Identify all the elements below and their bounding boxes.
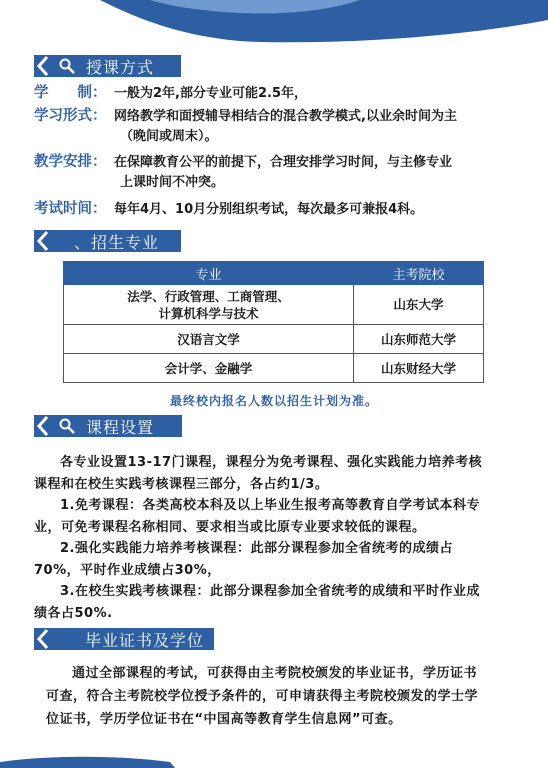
major-cell: 法学、行政管理、工商管理、 计算机科学与技术 [64, 285, 354, 325]
section-header-certificate: 毕业证书及学位 [34, 628, 214, 650]
paragraph: 2.强化实践能力培养考核课程：此部分课程参加全省统考的成绩占70%，平时作业成绩… [34, 538, 490, 581]
magnifier-icon [56, 58, 78, 74]
section-header-courses: 课程设置 [34, 415, 182, 437]
courses-text: 各专业设置13-17门课程，课程分为免考课程、强化实践能力培养考核课程和在校生实… [34, 452, 490, 624]
bottom-wave-decoration [0, 748, 548, 768]
paragraph: 各专业设置13-17门课程，课程分为免考课程、强化实践能力培养考核课程和在校生实… [34, 452, 490, 495]
info-label: 学 制： [34, 83, 114, 103]
enrollment-note: 最终校内报名人数以招生计划为准。 [0, 392, 548, 409]
table-row: 会计学、金融学 山东财经大学 [64, 354, 484, 383]
info-label: 学习形式： [34, 106, 114, 126]
info-value: 一般为2年,部分专业可能2.5年， [114, 86, 307, 101]
info-value-cont: 上课时间不冲突。 [34, 173, 452, 193]
certificate-text: 通过全部课程的考试，可获得由主考院校颁发的毕业证书，学历证书可查，符合主考院校学… [46, 662, 490, 731]
chevron-left-icon [34, 628, 55, 650]
top-wave-decoration [0, 0, 548, 46]
section-title: 、招生专业 [56, 230, 169, 253]
paragraph: 通过全部课程的考试，可获得由主考院校颁发的毕业证书，学历证书可查，符合主考院校学… [46, 662, 490, 731]
info-row-schedule: 教学安排：在保障教育公平的前提下，合理安排学习时间，与主修专业 上课时间不冲突。 [34, 152, 452, 193]
column-header-major: 专业 [64, 262, 354, 285]
section-header-majors: 、招生专业 [34, 230, 181, 252]
section-title: 授课方式 [78, 55, 164, 78]
section-title: 课程设置 [78, 415, 164, 438]
info-value: 每年4月、10月分别组织考试，每次最多可兼报4科。 [114, 202, 423, 217]
school-cell: 山东大学 [354, 285, 484, 325]
info-label: 考试时间： [34, 199, 114, 219]
chevron-left-icon [34, 415, 56, 437]
section-title: 毕业证书及学位 [55, 628, 214, 651]
info-value-cont: （晚间或周末）。 [34, 127, 457, 147]
info-row-format: 学习形式：网络教学和面授辅导相结合的混合教学模式,以业余时间为主 （晚间或周末）… [34, 106, 457, 147]
info-row-exam-time: 考试时间：每年4月、10月分别组织考试，每次最多可兼报4科。 [34, 199, 423, 220]
school-cell: 山东师范大学 [354, 325, 484, 354]
column-header-school: 主考院校 [354, 262, 484, 285]
table-row: 法学、行政管理、工商管理、 计算机科学与技术 山东大学 [64, 285, 484, 325]
school-cell: 山东财经大学 [354, 354, 484, 383]
major-cell: 汉语言文学 [64, 325, 354, 354]
chevron-left-icon [34, 55, 56, 77]
section-header-teaching: 授课方式 [34, 55, 181, 77]
info-value: 在保障教育公平的前提下，合理安排学习时间，与主修专业 [114, 155, 452, 170]
paragraph: 3.在校生实践考核课程：此部分课程参加全省统考的成绩和平时作业成绩各占50%. [34, 581, 490, 624]
info-label: 教学安排： [34, 152, 114, 172]
paragraph: 1.免考课程：各类高校本科及以上毕业生报考高等教育自学考试本科专业，可免考课程名… [34, 495, 490, 538]
chevron-left-icon [34, 230, 56, 252]
majors-table: 专业 主考院校 法学、行政管理、工商管理、 计算机科学与技术 山东大学 汉语言文… [63, 261, 484, 383]
info-value: 网络教学和面授辅导相结合的混合教学模式,以业余时间为主 [114, 109, 457, 124]
major-cell: 会计学、金融学 [64, 354, 354, 383]
magnifier-icon [56, 418, 78, 434]
info-row-duration: 学 制：一般为2年,部分专业可能2.5年， [34, 83, 307, 104]
table-row: 汉语言文学 山东师范大学 [64, 325, 484, 354]
